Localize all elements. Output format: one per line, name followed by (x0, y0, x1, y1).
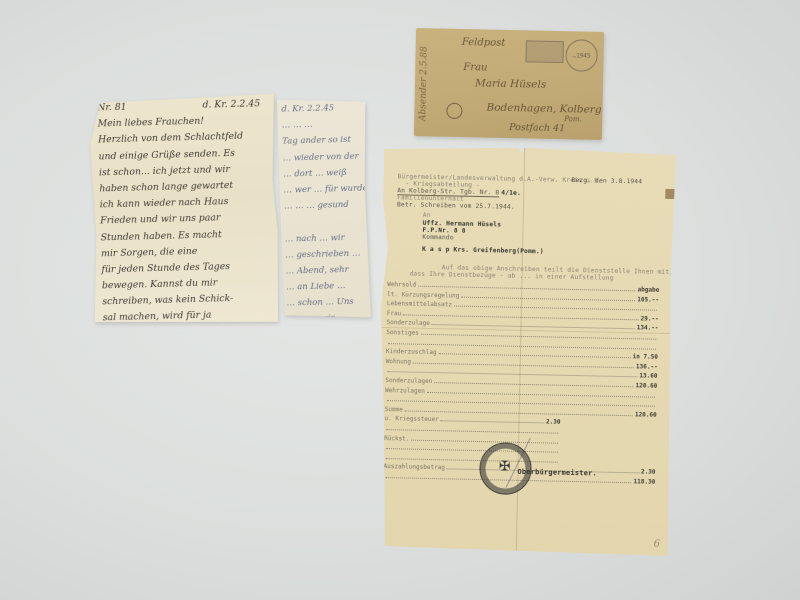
form-subject-detail: Betr. Schreiben vom 25.7.1944. (397, 201, 515, 210)
letter-left-page: Nr. 81 d. Kr. 2.2.45 Mein liebes Frauche… (89, 94, 280, 327)
form-row-value: 29.-- (641, 315, 659, 322)
form-to-label: An (423, 212, 431, 219)
postmark-circle: …1945 (565, 39, 598, 72)
form-row-label: Sonderzulage (386, 319, 429, 327)
form-rows: Wehrsoldabgabelt. Kürzungsregelung105.--… (384, 145, 676, 151)
envelope-addressee-region: Pom. (564, 115, 582, 123)
form-row-value: 120.60 (635, 411, 657, 418)
envelope-addressee-title: Frau (463, 62, 487, 74)
letter-line: … … … werden (284, 358, 372, 376)
feldpost-envelope: Absender 2.5.88 Feldpost …1945 Frau Mari… (414, 28, 604, 140)
typed-pay-form: Bürgermeister/Landesverwaltung d.A.-Verw… (376, 145, 676, 556)
form-header-date: Bezg. den 3.8.1944 (571, 177, 642, 185)
form-row-value: 136.-- (636, 363, 658, 370)
letter-line: … … erhalten (284, 342, 372, 360)
form-row-value: in 7.50 (633, 353, 658, 361)
postage-cancel-box (525, 40, 563, 63)
form-row-value: 134.-- (637, 325, 659, 332)
form-row-label: Summe (385, 406, 403, 413)
handwritten-letter: Nr. 81 d. Kr. 2.2.45 Mein liebes Frauche… (89, 91, 371, 330)
letter-right-text: d. Kr. 2.2.45 … … … Tag ander so ist … w… (277, 99, 373, 393)
stamp-text: Bürgermeister Kasp — Kreis Greifenberg (480, 489, 530, 490)
form-recipient-place: K a s p Krs. Greifenberg(Pomm.) (422, 246, 544, 256)
form-recipient-detail: Kommando (422, 234, 454, 242)
envelope-feldpost-label: Feldpost (462, 37, 506, 49)
form-signature-title: Oberbürgermeister. (517, 468, 597, 478)
letter-number: Nr. 81 (97, 100, 127, 117)
form-corner-note: 6 (653, 539, 660, 550)
letter-line: … geschrieben … (281, 245, 369, 263)
envelope-side-note: Absender 2.5.88 (418, 46, 430, 121)
envelope-addressee-postbox: Postfach 41 (509, 122, 565, 134)
letter-line: … … … wir (283, 310, 371, 328)
letter-date: d. Kr. 2.2.45 (202, 96, 260, 114)
form-row-label: Wohnung (386, 358, 411, 366)
envelope-addressee-name: Maria Hüsels (475, 77, 547, 90)
envelope-addressee-town: Bodenhagen, Kolberg (486, 102, 601, 116)
form-reference-code: 4/1e. (501, 189, 521, 196)
letter-line: … wer … für wurde (279, 180, 367, 198)
paper-tab-mark (665, 189, 677, 199)
letter-line: … … auch so … (284, 375, 372, 393)
envelope-circle-mark (446, 103, 462, 119)
form-row-label: Frau (387, 310, 402, 317)
form-row-label: Sonstiges (386, 329, 419, 337)
form-row-value: abgabe (638, 286, 660, 293)
letter-line: … wieder von der (278, 148, 366, 166)
letter-left-text: Nr. 81 d. Kr. 2.2.45 Mein liebes Frauche… (89, 96, 282, 392)
form-row-label: Wehrzulagen (385, 387, 425, 395)
letter-line: schreibt. Mein ... sieh aber und (96, 371, 281, 392)
letter-line: … … und jetzt (283, 326, 371, 344)
form-row-value: 120.60 (636, 382, 658, 389)
letter-line: Tage dann die nicht von für (96, 355, 281, 376)
letter-right-page: d. Kr. 2.2.45 … … … Tag ander so ist … w… (277, 97, 371, 319)
form-row-value: 105.-- (637, 296, 659, 303)
form-row-value: 2.30 (641, 469, 656, 476)
dotted-leader (441, 421, 544, 424)
form-row-label: Wehrsold (387, 281, 416, 289)
form-row-label: Rückst. (384, 435, 409, 443)
form-row-value: 13.60 (639, 373, 657, 380)
letter-line: sal machen, wird für ja (95, 306, 280, 327)
letter-line: wohl gut werden. Lesen (95, 322, 280, 343)
letter-line: dass es wieder werden (95, 339, 280, 360)
form-row-value: 118.30 (634, 478, 656, 485)
form-row-value: 2.30 (546, 419, 561, 426)
